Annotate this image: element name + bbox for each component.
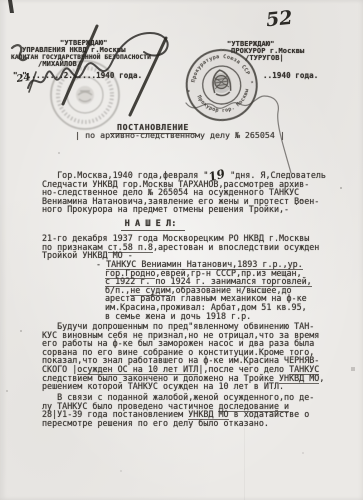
- corner-ink-mark: [8, 0, 14, 13]
- signatures-overlay: 24: [0, 0, 363, 500]
- right-signature-stroke: [186, 96, 291, 173]
- corner-scribble: [12, 45, 27, 60]
- document-page: "УТВЕРЖДАЮ" УПРАВЛЕНИЯ НКВД г.Москвы КАП…: [0, 0, 363, 500]
- handwritten-day: 24: [15, 72, 31, 85]
- slash-mark-2: [130, 38, 166, 115]
- slash-mark-1: [63, 26, 97, 104]
